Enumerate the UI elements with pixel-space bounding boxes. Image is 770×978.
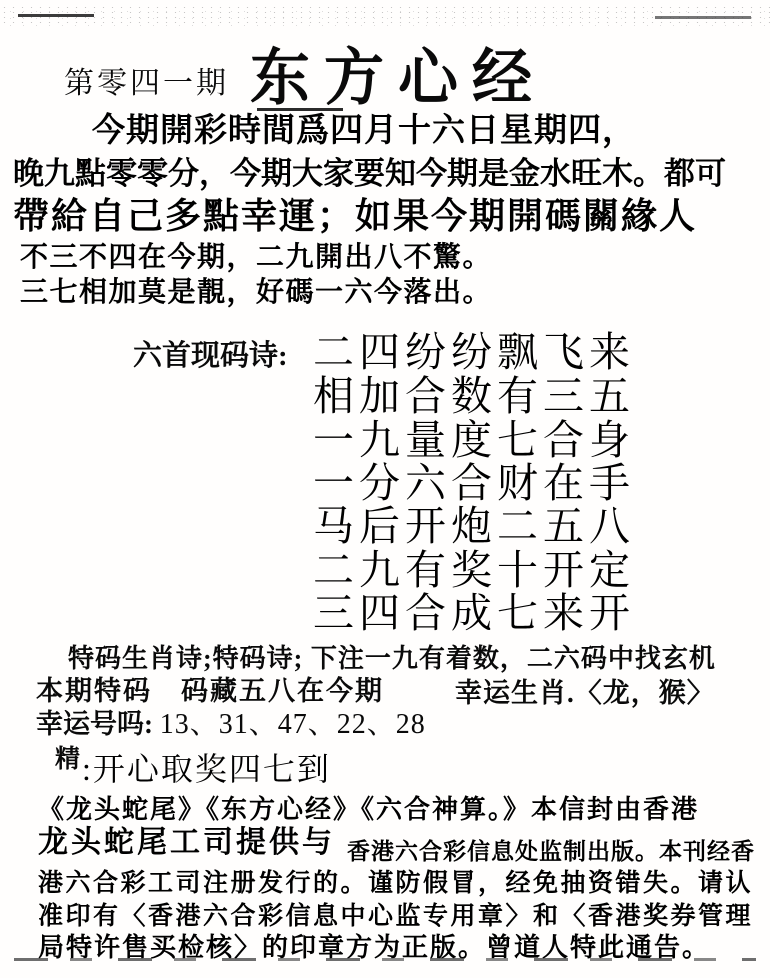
poem-line-2: 相加合数有三五 [313, 374, 635, 418]
footer-seal-line: 准印有〈香港六合彩信息中心监专用章〉和〈香港奖券管理 [38, 903, 753, 930]
verse-line-1: 不三不四在今期，二九開出八不驚。 [20, 243, 492, 273]
footer-publisher-note: 香港六合彩信息处监制出版。本刊经香 [347, 840, 755, 865]
bottom-divider [14, 958, 756, 961]
lucky-numbers-value: 13、31、47、22、28 [160, 709, 426, 740]
guess-prefix: 精 [55, 746, 80, 773]
poem-line-5: 马后开炮二五八 [313, 504, 635, 548]
special-code-hint: 本期特码 码藏五八在今期 [36, 677, 384, 706]
title-underline [257, 108, 343, 111]
verse-line-2: 三七相加莫是靚，好碼一六今落出。 [20, 278, 492, 308]
poem-line-1: 二四纷纷飘飞来 [313, 330, 635, 374]
scanned-tip-sheet: 第零四一期 东方心经 今期開彩時間爲四月十六日星期四， 晚九點零零分，今期大家要… [0, 0, 770, 978]
special-code-zodiac-line: 特码生肖诗;特码诗; 下注一九有着数，二六码中找玄机 [68, 645, 716, 673]
lucky-numbers-line: 幸运号吗: 13、31、47、22、28 [36, 710, 426, 740]
intro-line-3: 帶給自己多點幸運；如果今期開碼關緣人 [13, 197, 697, 236]
footer-publications-line: 《龙头蛇尾》《东方心经》《六合神算。》本信封由香港 [38, 796, 699, 824]
lucky-numbers-label: 幸运号吗: [36, 709, 160, 739]
footer-provider-name: 龙头蛇尾工司提供与 [38, 827, 335, 859]
lucky-zodiac: 幸运生肖.〈龙，猴〉 [455, 679, 715, 708]
issue-number: 第零四一期 [64, 68, 229, 100]
scan-artifact-dash-left [18, 14, 94, 17]
intro-line-1: 今期開彩時間爲四月十六日星期四， [92, 114, 636, 150]
footer-registration-line: 港六合彩工司注册发行的。谨防假冒，经免抽资错失。请认 [38, 870, 753, 897]
guess-text: :开心取奖四七到 [82, 752, 331, 787]
poem-line-6: 二九有奖十开定 [313, 548, 635, 592]
poem-label: 六首现码诗: [133, 341, 288, 372]
intro-line-2: 晚九點零零分，今期大家要知今期是金水旺木。都可 [13, 157, 726, 190]
poem-line-3: 一九量度七合身 [313, 418, 635, 462]
poem-line-7: 三四合成七来开 [313, 591, 635, 635]
poem-line-4: 一分六合财在手 [313, 461, 635, 505]
publication-title: 东方心经 [250, 45, 546, 111]
scan-artifact-dash-right [655, 16, 751, 19]
